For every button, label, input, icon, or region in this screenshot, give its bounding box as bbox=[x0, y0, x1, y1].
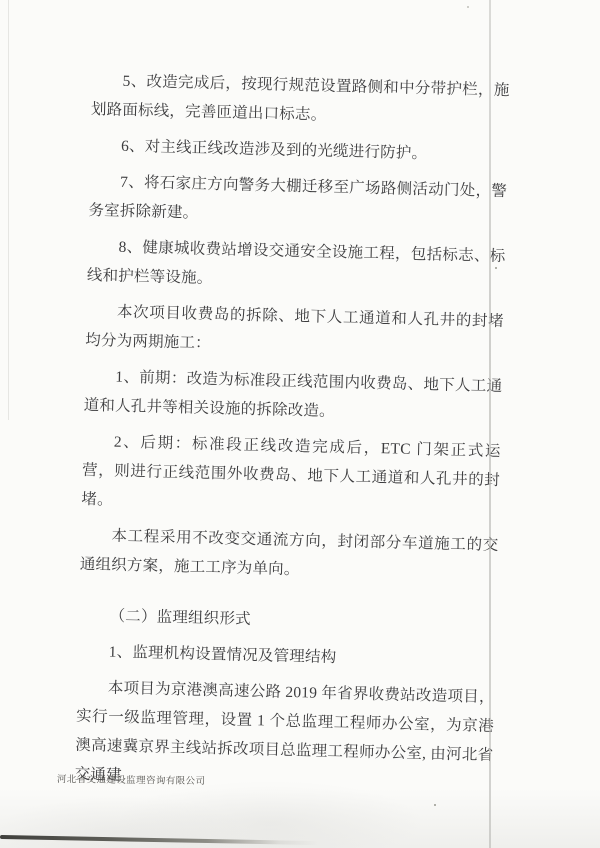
scan-artifact-vertical-line bbox=[489, 0, 491, 848]
sub-heading: 1、监理机构设置情况及管理结构 bbox=[77, 637, 496, 676]
list-item-7: 7、将石家庄方向警务大棚迁移至广场路侧活动门处，警务室拆除新建。 bbox=[88, 167, 507, 235]
scan-speck bbox=[467, 6, 469, 8]
scan-artifact-bottom-shadow bbox=[0, 835, 318, 845]
list-item-6: 6、对主线正线改造涉及到的光缆进行防护。 bbox=[90, 131, 509, 170]
section-heading: （二）监理组织形式 bbox=[78, 601, 497, 640]
list-item-phase-2: 2、后期：标准段正线改造完成后，ETC 门架正式运营，则进行正线范围外收费岛、地… bbox=[81, 427, 501, 524]
list-item-phase-1: 1、前期：改造为标准段正线范围内收费岛、地下人工通道和人孔井等相关设施的拆除改造… bbox=[83, 362, 502, 430]
scan-speck bbox=[495, 267, 497, 269]
footer-company-name: 河北省交通建设监理咨询有限公司 bbox=[57, 771, 206, 787]
scan-speck bbox=[456, 539, 458, 541]
scan-speck bbox=[434, 804, 436, 806]
paragraph-traffic-plan: 本工程采用不改变交通流方向，封闭部分车道施工的交通组织方案，施工工序为单向。 bbox=[79, 521, 498, 589]
scan-artifact-left-edge-line bbox=[8, 0, 9, 420]
paragraph-two-phase-intro: 本次项目收费岛的拆除、地下人工通道和人孔井的封堵均分为两期施工： bbox=[85, 297, 504, 365]
list-item-5: 5、改造完成后，按现行规范设置路侧和中分带护栏，施划路面标线，完善匝道出口标志。 bbox=[91, 66, 510, 134]
list-item-8: 8、健康城收费站增设交通安全设施工程，包括标志、标线和护栏等设施。 bbox=[87, 232, 506, 300]
document-body-text: 5、改造完成后，按现行规范设置路侧和中分带护栏，施划路面标线，完善匝道出口标志。… bbox=[74, 66, 510, 806]
